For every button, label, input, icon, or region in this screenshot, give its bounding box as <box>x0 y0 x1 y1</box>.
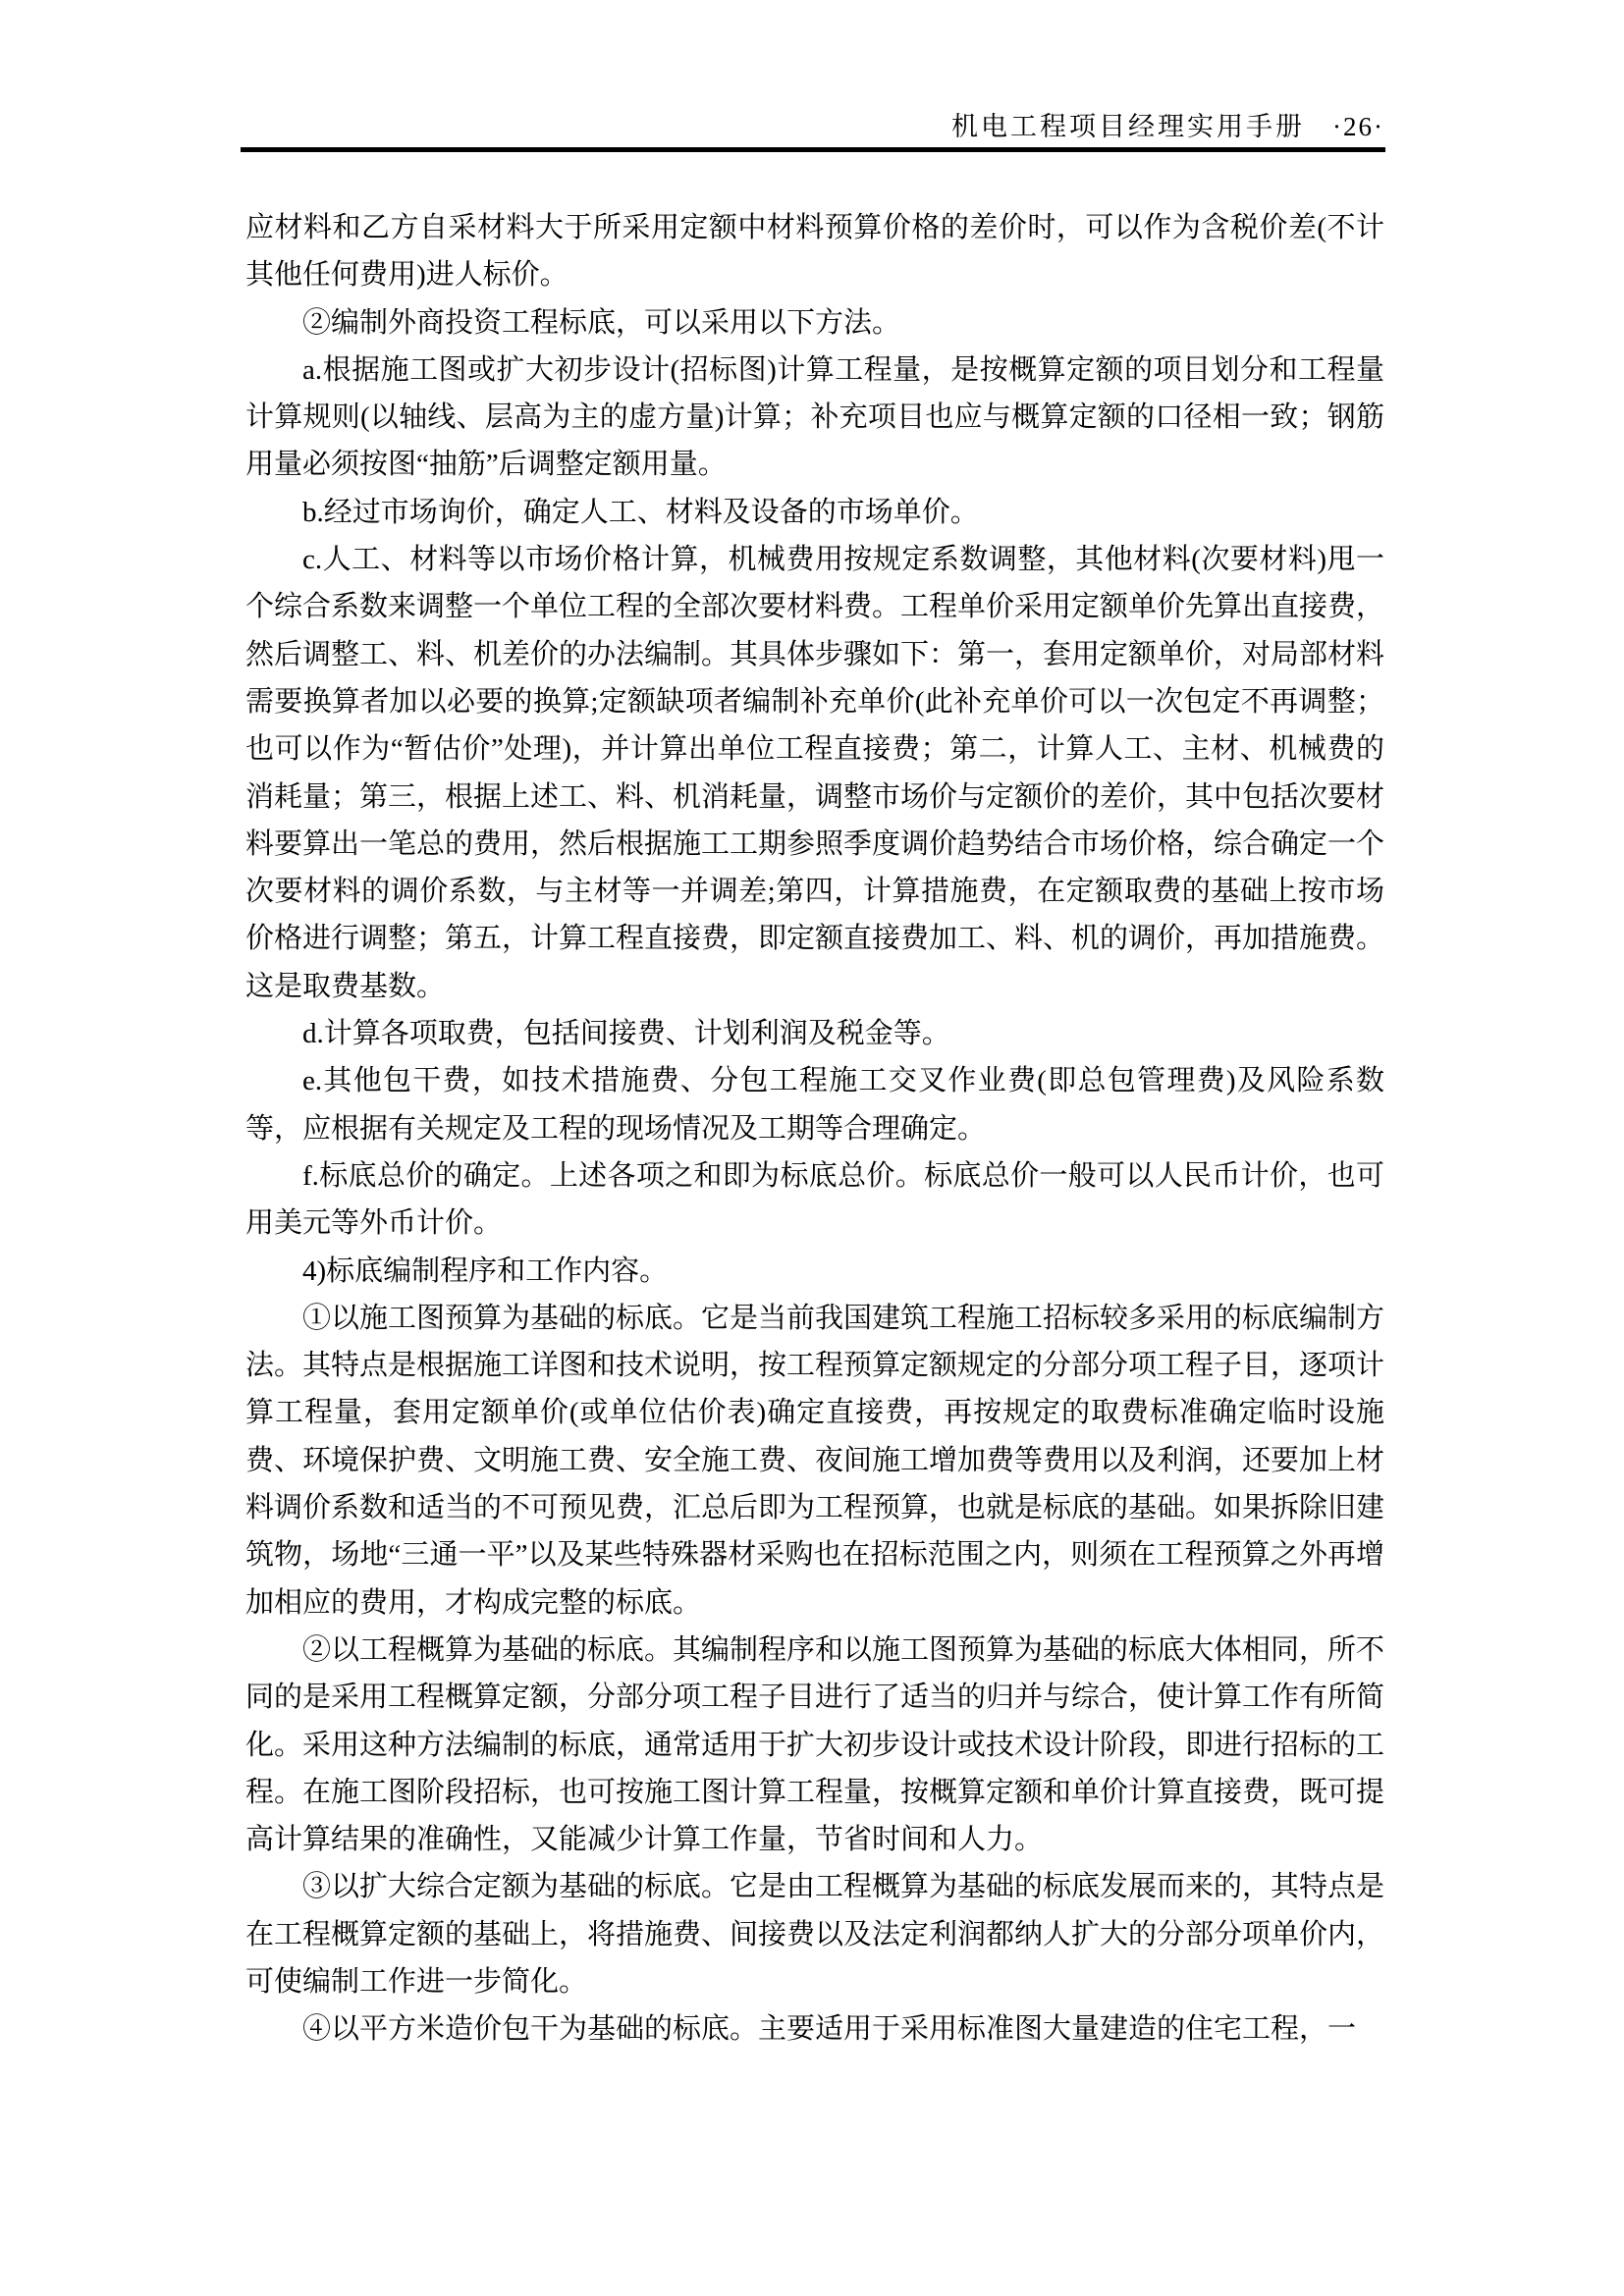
paragraph: ④以平方米造价包干为基础的标底。主要适用于采用标准图大量建造的住宅工程，一 <box>245 2005 1384 2053</box>
paragraph: b.经过市场询价，确定人工、材料及设备的市场单价。 <box>245 489 1384 536</box>
paragraph: f.标底总价的确定。上述各项之和即为标底总价。标底总价一般可以人民币计价，也可用… <box>245 1152 1384 1248</box>
paragraph: ②以工程概算为基础的标底。其编制程序和以施工图预算为基础的标底大体相同，所不同的… <box>245 1627 1384 1863</box>
paragraph: ③以扩大综合定额为基础的标底。它是由工程概算为基础的标底发展而来的，其特点是在工… <box>245 1863 1384 2005</box>
paragraph: ①以施工图预算为基础的标底。它是当前我国建筑工程施工招标较多采用的标底编制方法。… <box>245 1295 1384 1627</box>
paragraph: 4)标底编制程序和工作内容。 <box>245 1248 1384 1295</box>
paragraph: c.人工、材料等以市场价格计算，机械费用按规定系数调整，其他材料(次要材料)甩一… <box>245 536 1384 1010</box>
paragraph: 应材料和乙方自采材料大于所采用定额中材料预算价格的差价时，可以作为含税价差(不计… <box>245 204 1384 299</box>
paragraph: e.其他包干费，如技术措施费、分包工程施工交叉作业费(即总包管理费)及风险系数等… <box>245 1057 1384 1152</box>
page-body: 应材料和乙方自采材料大于所采用定额中材料预算价格的差价时，可以作为含税价差(不计… <box>245 204 1384 2054</box>
book-title: 机电工程项目经理实用手册 <box>951 112 1305 141</box>
page-number: ·26· <box>1332 112 1384 141</box>
header-rule <box>241 147 1385 152</box>
paragraph: a.根据施工图或扩大初步设计(招标图)计算工程量，是按概算定额的项目划分和工程量… <box>245 347 1384 489</box>
paragraph: d.计算各项取费，包括间接费、计划利润及税金等。 <box>245 1010 1384 1057</box>
document-page: 机电工程项目经理实用手册·26· 应材料和乙方自采材料大于所采用定额中材料预算价… <box>0 0 1624 2296</box>
paragraph: ②编制外商投资工程标底，可以采用以下方法。 <box>245 299 1384 347</box>
running-header: 机电工程项目经理实用手册·26· <box>951 110 1384 143</box>
